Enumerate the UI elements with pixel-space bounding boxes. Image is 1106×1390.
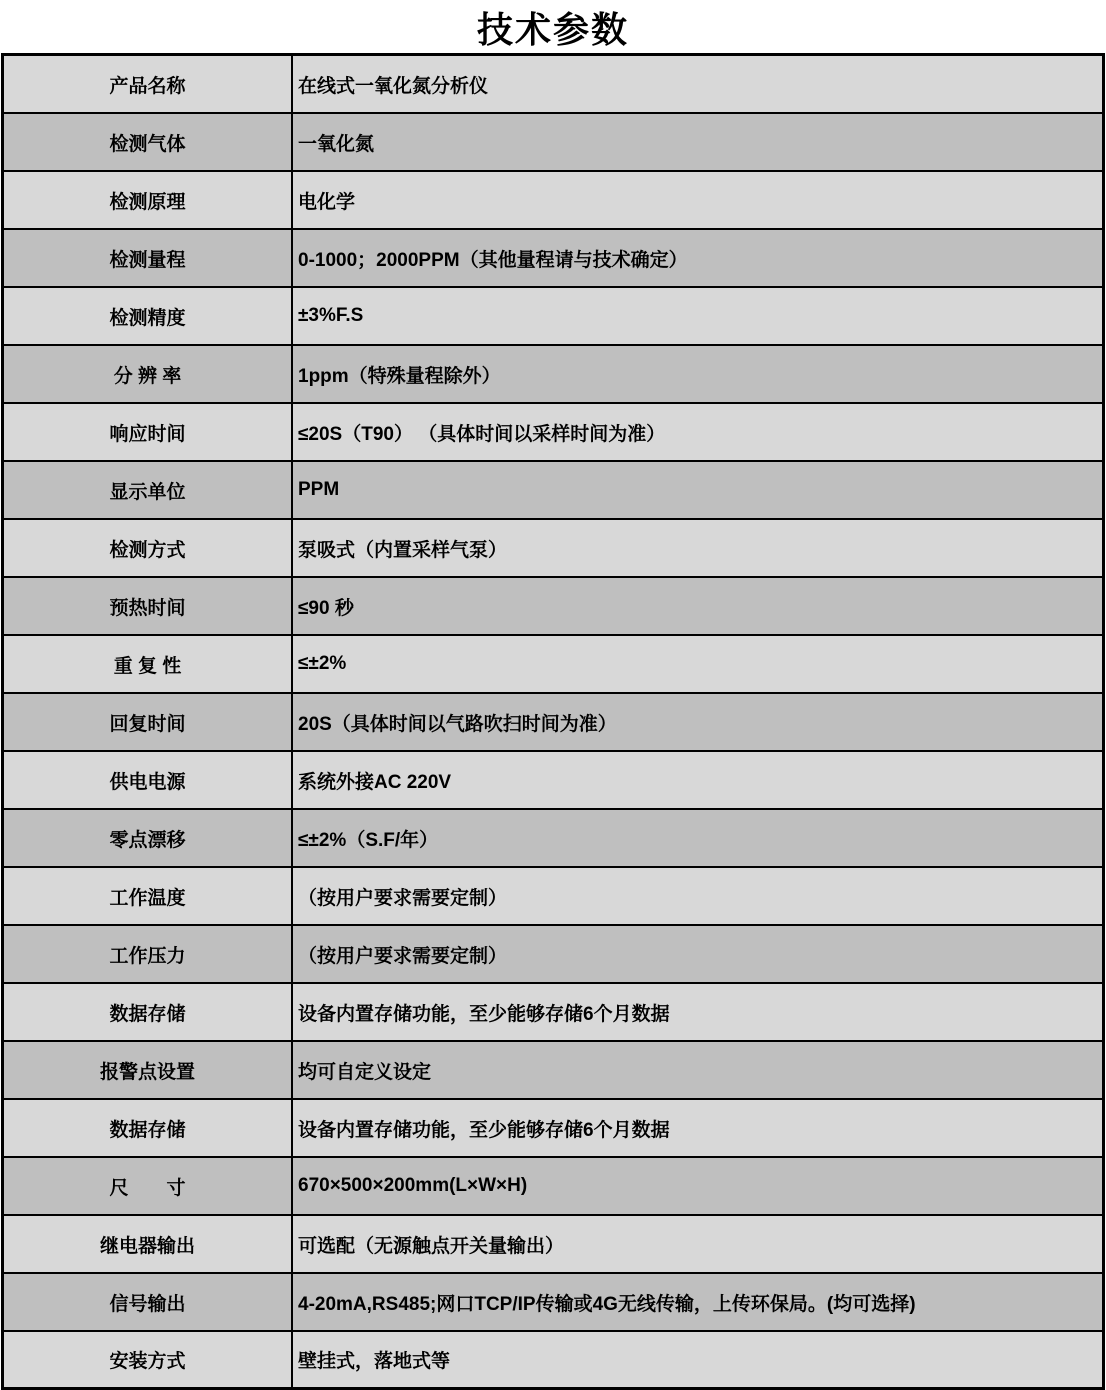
table-row: 重 复 性≤±2%	[4, 636, 1102, 694]
table-row: 检测方式泵吸式（内置采样气泵）	[4, 520, 1102, 578]
spec-value: PPM	[293, 462, 1102, 518]
spec-label: 响应时间	[4, 404, 293, 460]
spec-value: （按用户要求需要定制）	[293, 868, 1102, 924]
spec-value: 4-20mA,RS485;网口TCP/IP传输或4G无线传输，上传环保局。(均可…	[293, 1274, 1102, 1330]
table-row: 零点漂移≤±2%（S.F/年）	[4, 810, 1102, 868]
spec-value: 在线式一氧化氮分析仪	[293, 56, 1102, 112]
table-row: 数据存储设备内置存储功能，至少能够存储6个月数据	[4, 1100, 1102, 1158]
table-row: 响应时间≤20S（T90） （具体时间以采样时间为准）	[4, 404, 1102, 462]
spec-label: 工作压力	[4, 926, 293, 982]
table-row: 检测原理电化学	[4, 172, 1102, 230]
spec-value: ≤±2%（S.F/年）	[293, 810, 1102, 866]
table-row: 检测气体一氧化氮	[4, 114, 1102, 172]
table-row: 回复时间20S（具体时间以气路吹扫时间为准）	[4, 694, 1102, 752]
spec-label: 继电器输出	[4, 1216, 293, 1272]
table-row: 分 辨 率1ppm（特殊量程除外）	[4, 346, 1102, 404]
spec-value: 电化学	[293, 172, 1102, 228]
table-row: 产品名称在线式一氧化氮分析仪	[4, 56, 1102, 114]
spec-table: 产品名称在线式一氧化氮分析仪检测气体一氧化氮检测原理电化学检测量程0-1000；…	[1, 53, 1105, 1390]
spec-label: 分 辨 率	[4, 346, 293, 402]
spec-label: 显示单位	[4, 462, 293, 518]
spec-label: 信号输出	[4, 1274, 293, 1330]
spec-value: 泵吸式（内置采样气泵）	[293, 520, 1102, 576]
spec-label: 工作温度	[4, 868, 293, 924]
spec-value: 一氧化氮	[293, 114, 1102, 170]
spec-label: 回复时间	[4, 694, 293, 750]
page-title: 技术参数	[0, 0, 1106, 53]
table-row: 继电器输出可选配（无源触点开关量输出）	[4, 1216, 1102, 1274]
spec-label: 零点漂移	[4, 810, 293, 866]
table-row: 工作温度（按用户要求需要定制）	[4, 868, 1102, 926]
spec-value: 设备内置存储功能，至少能够存储6个月数据	[293, 984, 1102, 1040]
table-row: 数据存储设备内置存储功能，至少能够存储6个月数据	[4, 984, 1102, 1042]
table-row: 显示单位PPM	[4, 462, 1102, 520]
table-row: 工作压力（按用户要求需要定制）	[4, 926, 1102, 984]
spec-value: 0-1000；2000PPM（其他量程请与技术确定）	[293, 230, 1102, 286]
spec-value: 均可自定义设定	[293, 1042, 1102, 1098]
spec-value: 壁挂式，落地式等	[293, 1332, 1102, 1387]
table-row: 尺 寸670×500×200mm(L×W×H)	[4, 1158, 1102, 1216]
spec-label: 检测气体	[4, 114, 293, 170]
spec-value: 可选配（无源触点开关量输出）	[293, 1216, 1102, 1272]
spec-value: ≤±2%	[293, 636, 1102, 692]
spec-label: 检测精度	[4, 288, 293, 344]
spec-label: 数据存储	[4, 1100, 293, 1156]
spec-label: 检测方式	[4, 520, 293, 576]
spec-label: 供电电源	[4, 752, 293, 808]
spec-label: 产品名称	[4, 56, 293, 112]
spec-label: 安装方式	[4, 1332, 293, 1387]
spec-value: ≤90 秒	[293, 578, 1102, 634]
spec-label: 报警点设置	[4, 1042, 293, 1098]
spec-value: 20S（具体时间以气路吹扫时间为准）	[293, 694, 1102, 750]
spec-value: 系统外接AC 220V	[293, 752, 1102, 808]
table-row: 检测精度±3%F.S	[4, 288, 1102, 346]
spec-value: 670×500×200mm(L×W×H)	[293, 1158, 1102, 1214]
spec-label: 数据存储	[4, 984, 293, 1040]
table-row: 安装方式壁挂式，落地式等	[4, 1332, 1102, 1387]
table-row: 报警点设置均可自定义设定	[4, 1042, 1102, 1100]
spec-label: 尺 寸	[4, 1158, 293, 1214]
spec-label: 检测量程	[4, 230, 293, 286]
spec-value: ±3%F.S	[293, 288, 1102, 344]
spec-label: 检测原理	[4, 172, 293, 228]
spec-value: 设备内置存储功能，至少能够存储6个月数据	[293, 1100, 1102, 1156]
spec-value: ≤20S（T90） （具体时间以采样时间为准）	[293, 404, 1102, 460]
spec-value: （按用户要求需要定制）	[293, 926, 1102, 982]
spec-value: 1ppm（特殊量程除外）	[293, 346, 1102, 402]
spec-label: 预热时间	[4, 578, 293, 634]
spec-label: 重 复 性	[4, 636, 293, 692]
table-row: 检测量程0-1000；2000PPM（其他量程请与技术确定）	[4, 230, 1102, 288]
table-row: 信号输出4-20mA,RS485;网口TCP/IP传输或4G无线传输，上传环保局…	[4, 1274, 1102, 1332]
table-row: 供电电源系统外接AC 220V	[4, 752, 1102, 810]
table-row: 预热时间≤90 秒	[4, 578, 1102, 636]
